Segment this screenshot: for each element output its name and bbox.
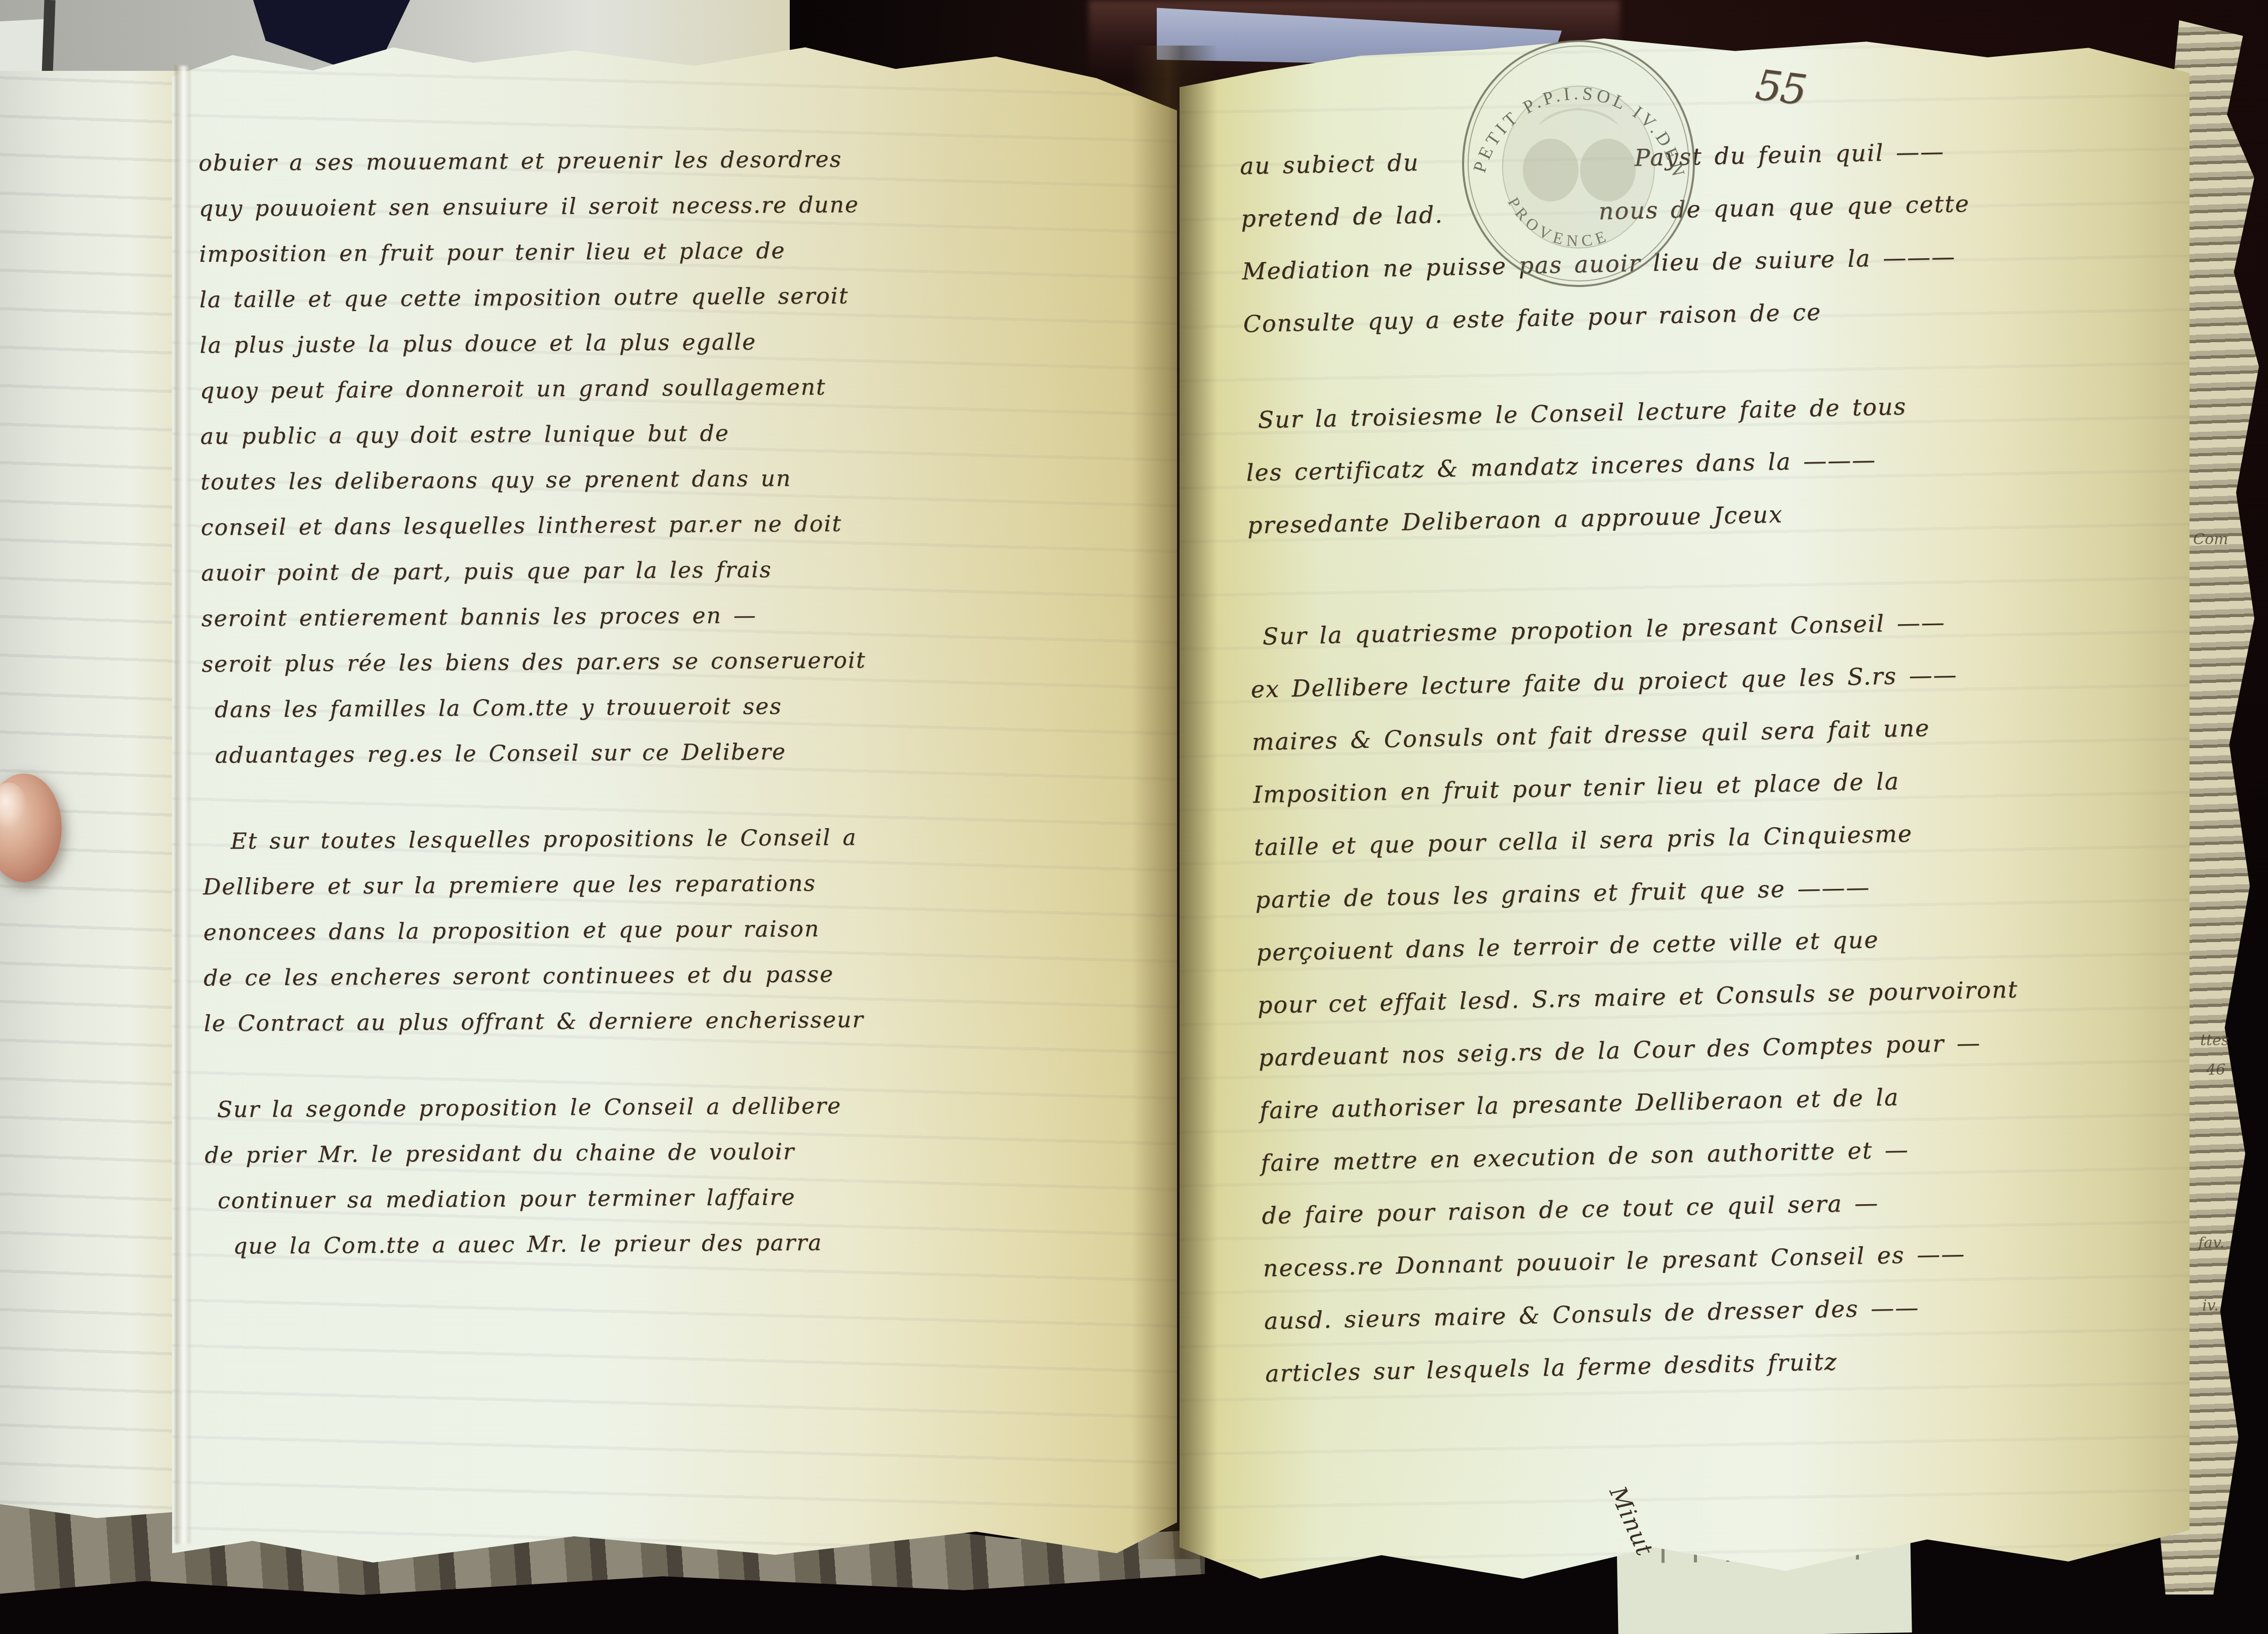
manuscript-line: continuer sa mediation pour terminer laf… <box>205 1173 1147 1224</box>
manuscript-line: auoir point de part, puis que par la les… <box>201 545 1143 596</box>
manuscript-line: Dellibere et sur la premiere que les rep… <box>203 859 1145 910</box>
manuscript-line: au public a quy doit estre lunique but d… <box>200 408 1142 460</box>
margin-note: 46 <box>2206 1061 2225 1079</box>
manuscript-line: quoy peut faire donneroit un grand soull… <box>200 363 1142 414</box>
margin-note: fav. <box>2198 1234 2224 1252</box>
paper-tax-stamp: PETIT P.P.I.SOL IV.DEN PROVENCE <box>1457 34 1700 290</box>
manuscript-line: la plus juste la plus douce et la plus e… <box>199 317 1142 369</box>
margin-note: Com <box>2193 530 2228 548</box>
manuscript-line: aduantages reg.es le Conseil sur ce Deli… <box>202 727 1144 779</box>
manuscript-line: de prier Mr. le presidant du chaine de v… <box>205 1127 1147 1178</box>
manuscript-line: obuier a ses mouuemant et preuenir les d… <box>198 135 1141 186</box>
manuscript-line: la taille et que cette imposition outre … <box>199 272 1142 323</box>
manuscript-line: conseil et dans lesquelles lintherest pa… <box>200 500 1143 551</box>
page-crease <box>175 66 190 1544</box>
manuscript-line: le Contract au plus offrant & derniere e… <box>204 996 1146 1047</box>
left-page-text: obuier a ses mouuemant et preuenir les d… <box>198 135 1147 1270</box>
manuscript-line: imposition en fruit pour tenir lieu et p… <box>199 226 1141 277</box>
manuscript-line: toutes les deliberaons quy se prenent da… <box>200 454 1143 505</box>
embossed-head-right <box>1580 139 1636 201</box>
page-number: 55 <box>1753 61 1808 114</box>
manuscript-line: de ce les encheres seront continuees et … <box>204 950 1146 1001</box>
embossed-head-left <box>1523 139 1578 201</box>
manuscript-line: enoncees dans la proposition et que pour… <box>203 905 1145 956</box>
manuscript-line: Sur la segonde proposition le Conseil a … <box>204 1082 1146 1133</box>
book-gutter <box>1131 46 1218 1559</box>
manuscript-photo: obuier a ses mouuemant et preuenir les d… <box>0 0 2268 1634</box>
manuscript-line: seroint entierement bannis les proces en… <box>201 591 1143 642</box>
right-page-text: au subiect du Payst du feuin quil —— pre… <box>1239 120 2202 1400</box>
manuscript-line: quy pouuoient sen ensuiure il seroit nec… <box>199 181 1141 232</box>
margin-note: iv. <box>2202 1297 2219 1315</box>
margin-note: ttes <box>2200 1032 2229 1049</box>
manuscript-line: que la Com.tte a auec Mr. le prieur des … <box>205 1218 1147 1270</box>
manuscript-line: dans les familles la Com.tte y trouueroi… <box>202 682 1144 733</box>
manuscript-line: seroit plus rée les biens des par.ers se… <box>201 636 1144 687</box>
manuscript-line: Et sur toutes lesquelles propositions le… <box>202 813 1145 865</box>
